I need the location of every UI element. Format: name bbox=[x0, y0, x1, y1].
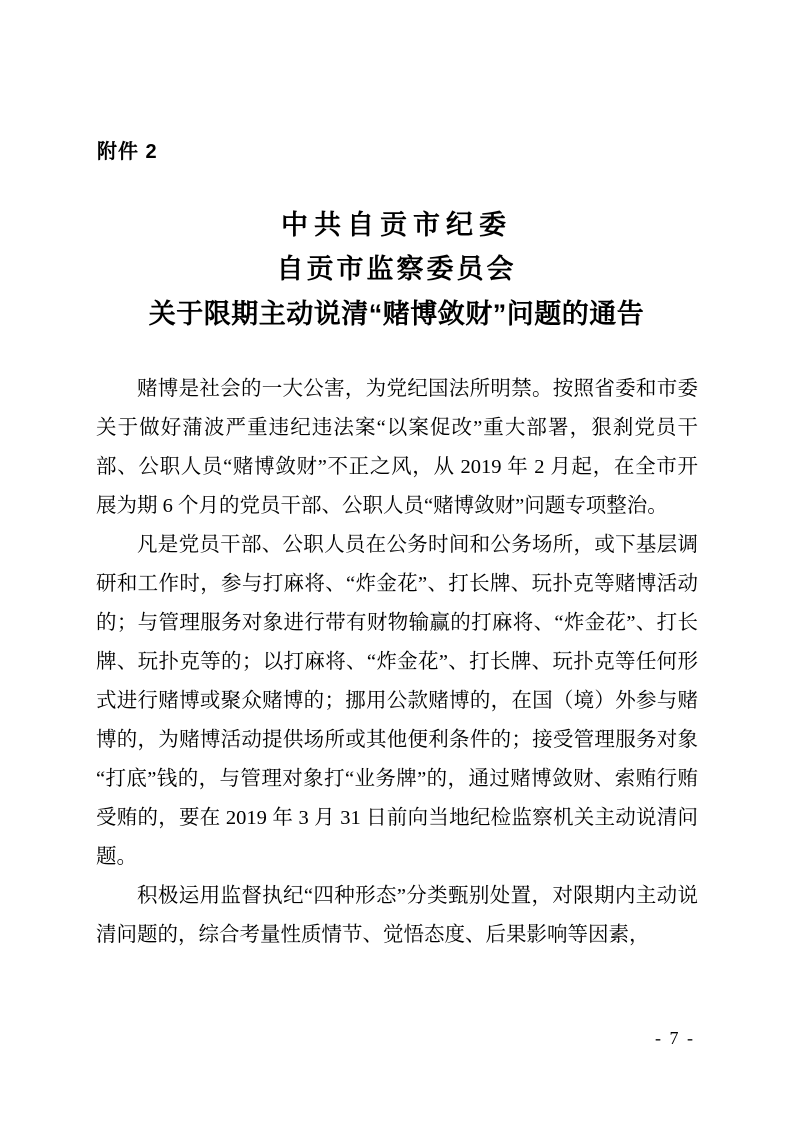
body-paragraph: 凡是党员干部、公职人员在公务时间和公务场所，或下基层调研和工作时，参与打麻将、“… bbox=[96, 526, 698, 877]
title-line-subject: 关于限期主动说清“赌博敛财”问题的通告 bbox=[0, 291, 793, 337]
page-number: - 7 - bbox=[640, 1028, 710, 1049]
attachment-label: 附件 2 bbox=[97, 135, 158, 164]
document-title: 中共自贡市纪委 自贡市监察委员会 关于限期主动说清“赌博敛财”问题的通告 bbox=[0, 203, 793, 337]
title-line-issuer-1: 中共自贡市纪委 bbox=[0, 203, 793, 247]
title-line-issuer-2: 自贡市监察委员会 bbox=[0, 247, 793, 291]
document-page: 附件 2 中共自贡市纪委 自贡市监察委员会 关于限期主动说清“赌博敛财”问题的通… bbox=[0, 0, 793, 1122]
body-paragraph: 赌博是社会的一大公害，为党纪国法所明禁。按照省委和市委关于做好蒲波严重违纪违法案… bbox=[96, 370, 698, 526]
body-paragraph: 积极运用监督执纪“四种形态”分类甄别处置，对限期内主动说清问题的，综合考量性质情… bbox=[96, 877, 698, 955]
document-body: 赌博是社会的一大公害，为党纪国法所明禁。按照省委和市委关于做好蒲波严重违纪违法案… bbox=[96, 370, 698, 955]
